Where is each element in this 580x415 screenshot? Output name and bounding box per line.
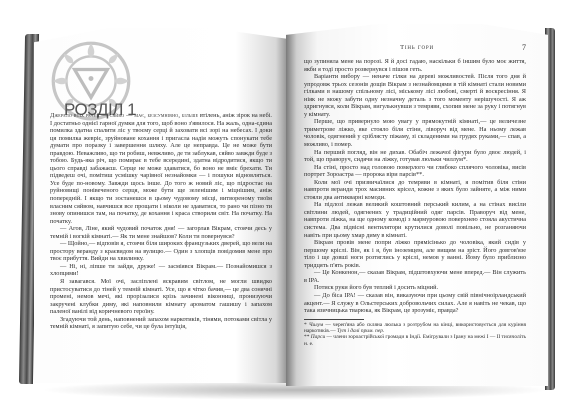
right-page-text: що зупиняла мене на порозі. Я й досі гад…	[304, 58, 526, 347]
right-page: Тінь гори 7 що зупиняла мене на порозі. …	[286, 24, 548, 386]
paragraph: На стіні, просто над головою померлого ч…	[304, 164, 526, 179]
footnote-mark: **	[304, 334, 309, 340]
footnote: * Чилум — череп'яна або скляна люлька з …	[304, 322, 526, 335]
paragraph: — Ні, ні, ліпше ти зайди, друже! — засмі…	[50, 263, 272, 278]
paragraph: Перше, що привернуло мою увагу у прямоку…	[304, 118, 526, 148]
paragraph: Згадуючи той день, наповнений запахом на…	[50, 316, 272, 331]
left-page-text: Джерело всіх речей — сяйво — має, безсум…	[50, 112, 272, 331]
paragraph: — Агов, Ліне, який чудовий початок дня! …	[50, 225, 272, 240]
footnote-mark: *	[304, 322, 307, 328]
paragraph: — Це Конкенон,— сказав Вікрам, підштовху…	[304, 269, 526, 284]
paragraph: — Щойно,— відповів я, стоячи біля широки…	[50, 240, 272, 263]
paragraph-text: втілень, аніж зірок на небі. І достатньо…	[50, 112, 272, 225]
footnote-text: — члени зороастрійської громади в Індії.…	[304, 334, 526, 346]
running-head: Тінь гори	[286, 44, 548, 51]
left-page: РОЗДІЛ 1 Джерело всіх речей — сяйво — ма…	[34, 28, 286, 383]
paragraph: Потиск руки його був теплий і досить міц…	[304, 284, 526, 292]
footnote-divider	[304, 319, 364, 320]
paragraph: Вікрам провів мене попри ліжко прямісінь…	[304, 239, 526, 269]
footnote: ** Парси — члени зороастрійської громади…	[304, 334, 526, 347]
paragraph: Коли мої очі призвичаїлися до темряви в …	[304, 179, 526, 202]
page-number: 7	[522, 43, 526, 52]
paragraph: — До біса ІРА! — сказав він, виказуючи п…	[304, 292, 526, 315]
paragraph: Джерело всіх речей — сяйво — має, безсум…	[50, 112, 272, 225]
paragraph-lead: Джерело всіх речей — сяйво — має, безсум…	[50, 112, 198, 119]
paragraph: На підлозі лежав великий коштовний персь…	[304, 201, 526, 239]
open-book: РОЗДІЛ 1 Джерело всіх речей — сяйво — ма…	[0, 0, 580, 415]
footnote-term: Чилум	[309, 322, 323, 328]
paragraph: що зупиняла мене на порозі. Я й досі гад…	[304, 58, 526, 73]
paragraph: Я завагався. Мої очі, засліплені яскрави…	[50, 278, 272, 316]
footnote-term: Парси	[311, 334, 325, 340]
paragraph: На перший погляд, він не дихав. Обабіч л…	[304, 149, 526, 164]
paragraph: Варіанти вибору — неначе гілки на дереві…	[304, 73, 526, 118]
